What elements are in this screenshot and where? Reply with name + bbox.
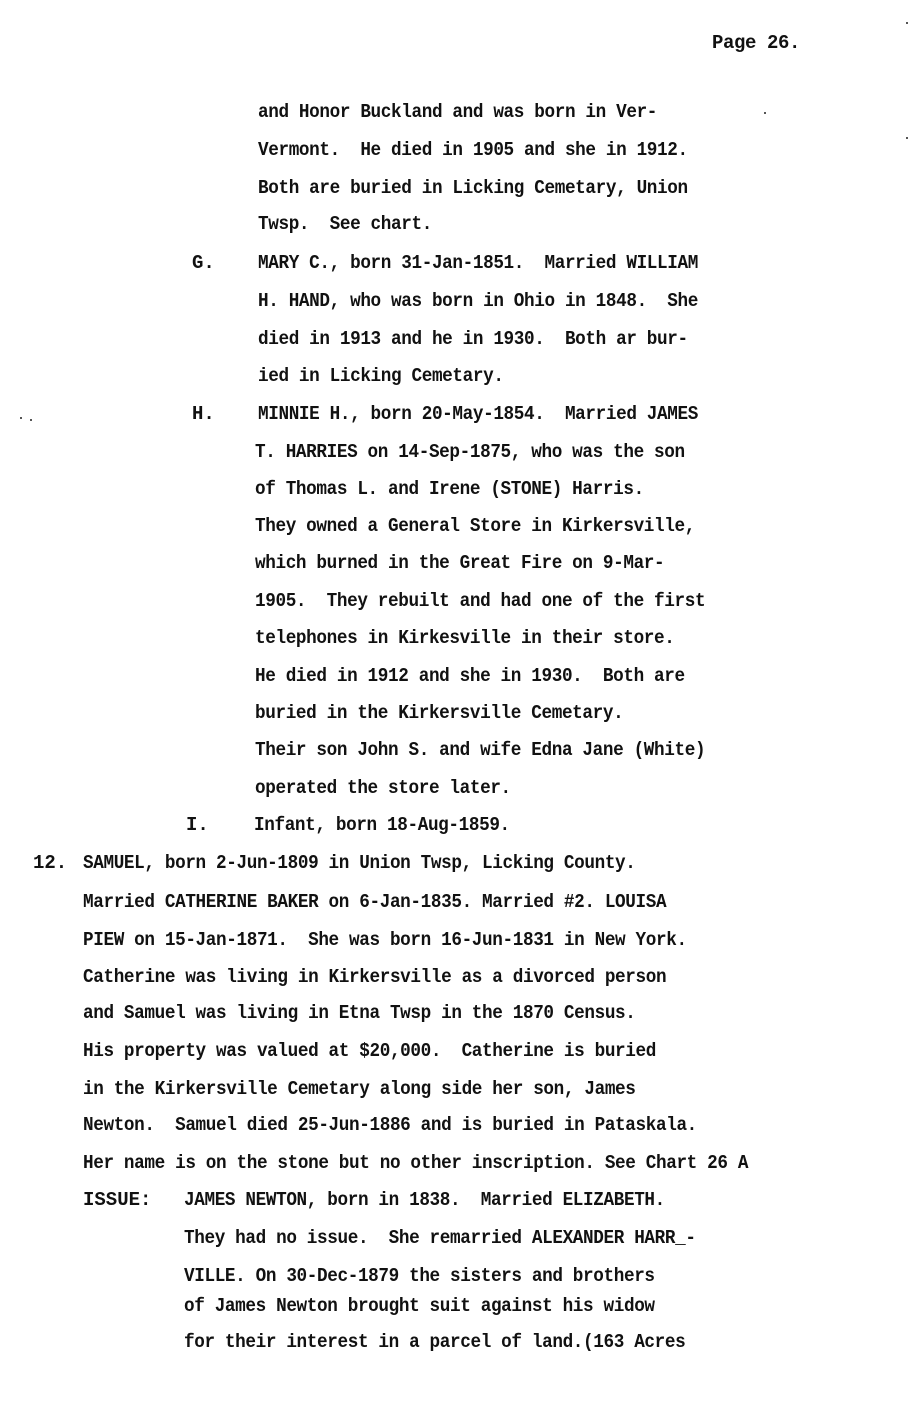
text-line: ied in Licking Cemetary. [258, 364, 504, 388]
entry-marker: H. [192, 402, 215, 426]
text-line: SAMUEL, born 2-Jun-1809 in Union Twsp, L… [83, 851, 636, 875]
scan-speck [20, 417, 22, 419]
text-line: Her name is on the stone but no other in… [83, 1151, 748, 1175]
entry-marker: I. [186, 813, 209, 837]
text-line: VILLE. On 30-Dec-1879 the sisters and br… [184, 1264, 655, 1288]
entry-number: 12. [33, 851, 67, 875]
text-line: MINNIE H., born 20-May-1854. Married JAM… [258, 402, 698, 426]
text-line: He died in 1912 and she in 1930. Both ar… [255, 664, 685, 688]
scan-speck [30, 419, 32, 421]
text-line: Infant, born 18-Aug-1859. [254, 813, 510, 837]
text-line: They owned a General Store in Kirkersvil… [255, 514, 695, 538]
text-line: JAMES NEWTON, born in 1838. Married ELIZ… [184, 1188, 665, 1212]
text-line: of Thomas L. and Irene (STONE) Harris. [255, 477, 644, 501]
text-line: operated the store later. [255, 776, 511, 800]
text-line: Their son John S. and wife Edna Jane (Wh… [255, 738, 705, 762]
text-line: Vermont. He died in 1905 and she in 1912… [258, 138, 688, 162]
scan-speck [906, 22, 908, 24]
page-number: Page 26. [712, 32, 800, 54]
text-line: T. HARRIES on 14-Sep-1875, who was the s… [255, 440, 685, 464]
text-line: Both are buried in Licking Cemetary, Uni… [258, 176, 688, 200]
text-line: and Honor Buckland and was born in Ver- [258, 100, 657, 124]
document-page: Page 26. and Honor Buckland and was born… [0, 0, 912, 1412]
text-line: and Samuel was living in Etna Twsp in th… [83, 1001, 636, 1025]
text-line: Twsp. See chart. [258, 212, 432, 236]
text-line: telephones in Kirkesville in their store… [255, 626, 675, 650]
text-line: which burned in the Great Fire on 9-Mar- [255, 551, 664, 575]
text-line: Newton. Samuel died 25-Jun-1886 and is b… [83, 1113, 697, 1137]
text-line: Married CATHERINE BAKER on 6-Jan-1835. M… [83, 890, 666, 914]
text-line: They had no issue. She remarried ALEXAND… [184, 1226, 696, 1250]
text-line: buried in the Kirkersville Cemetary. [255, 701, 623, 725]
entry-marker: G. [192, 251, 215, 275]
scan-speck [906, 137, 908, 139]
text-line: for their interest in a parcel of land.(… [184, 1330, 685, 1354]
scan-speck [764, 112, 766, 114]
issue-label: ISSUE: [83, 1188, 151, 1212]
text-line: Catherine was living in Kirkersville as … [83, 965, 666, 989]
text-line: of James Newton brought suit against his… [184, 1294, 655, 1318]
text-line: 1905. They rebuilt and had one of the fi… [255, 589, 705, 613]
text-line: PIEW on 15-Jan-1871. She was born 16-Jun… [83, 928, 687, 952]
text-line: MARY C., born 31-Jan-1851. Married WILLI… [258, 251, 698, 275]
text-line: His property was valued at $20,000. Cath… [83, 1039, 656, 1063]
text-line: in the Kirkersville Cemetary along side … [83, 1077, 636, 1101]
text-line: died in 1913 and he in 1930. Both ar bur… [258, 327, 688, 351]
text-line: H. HAND, who was born in Ohio in 1848. S… [258, 289, 698, 313]
